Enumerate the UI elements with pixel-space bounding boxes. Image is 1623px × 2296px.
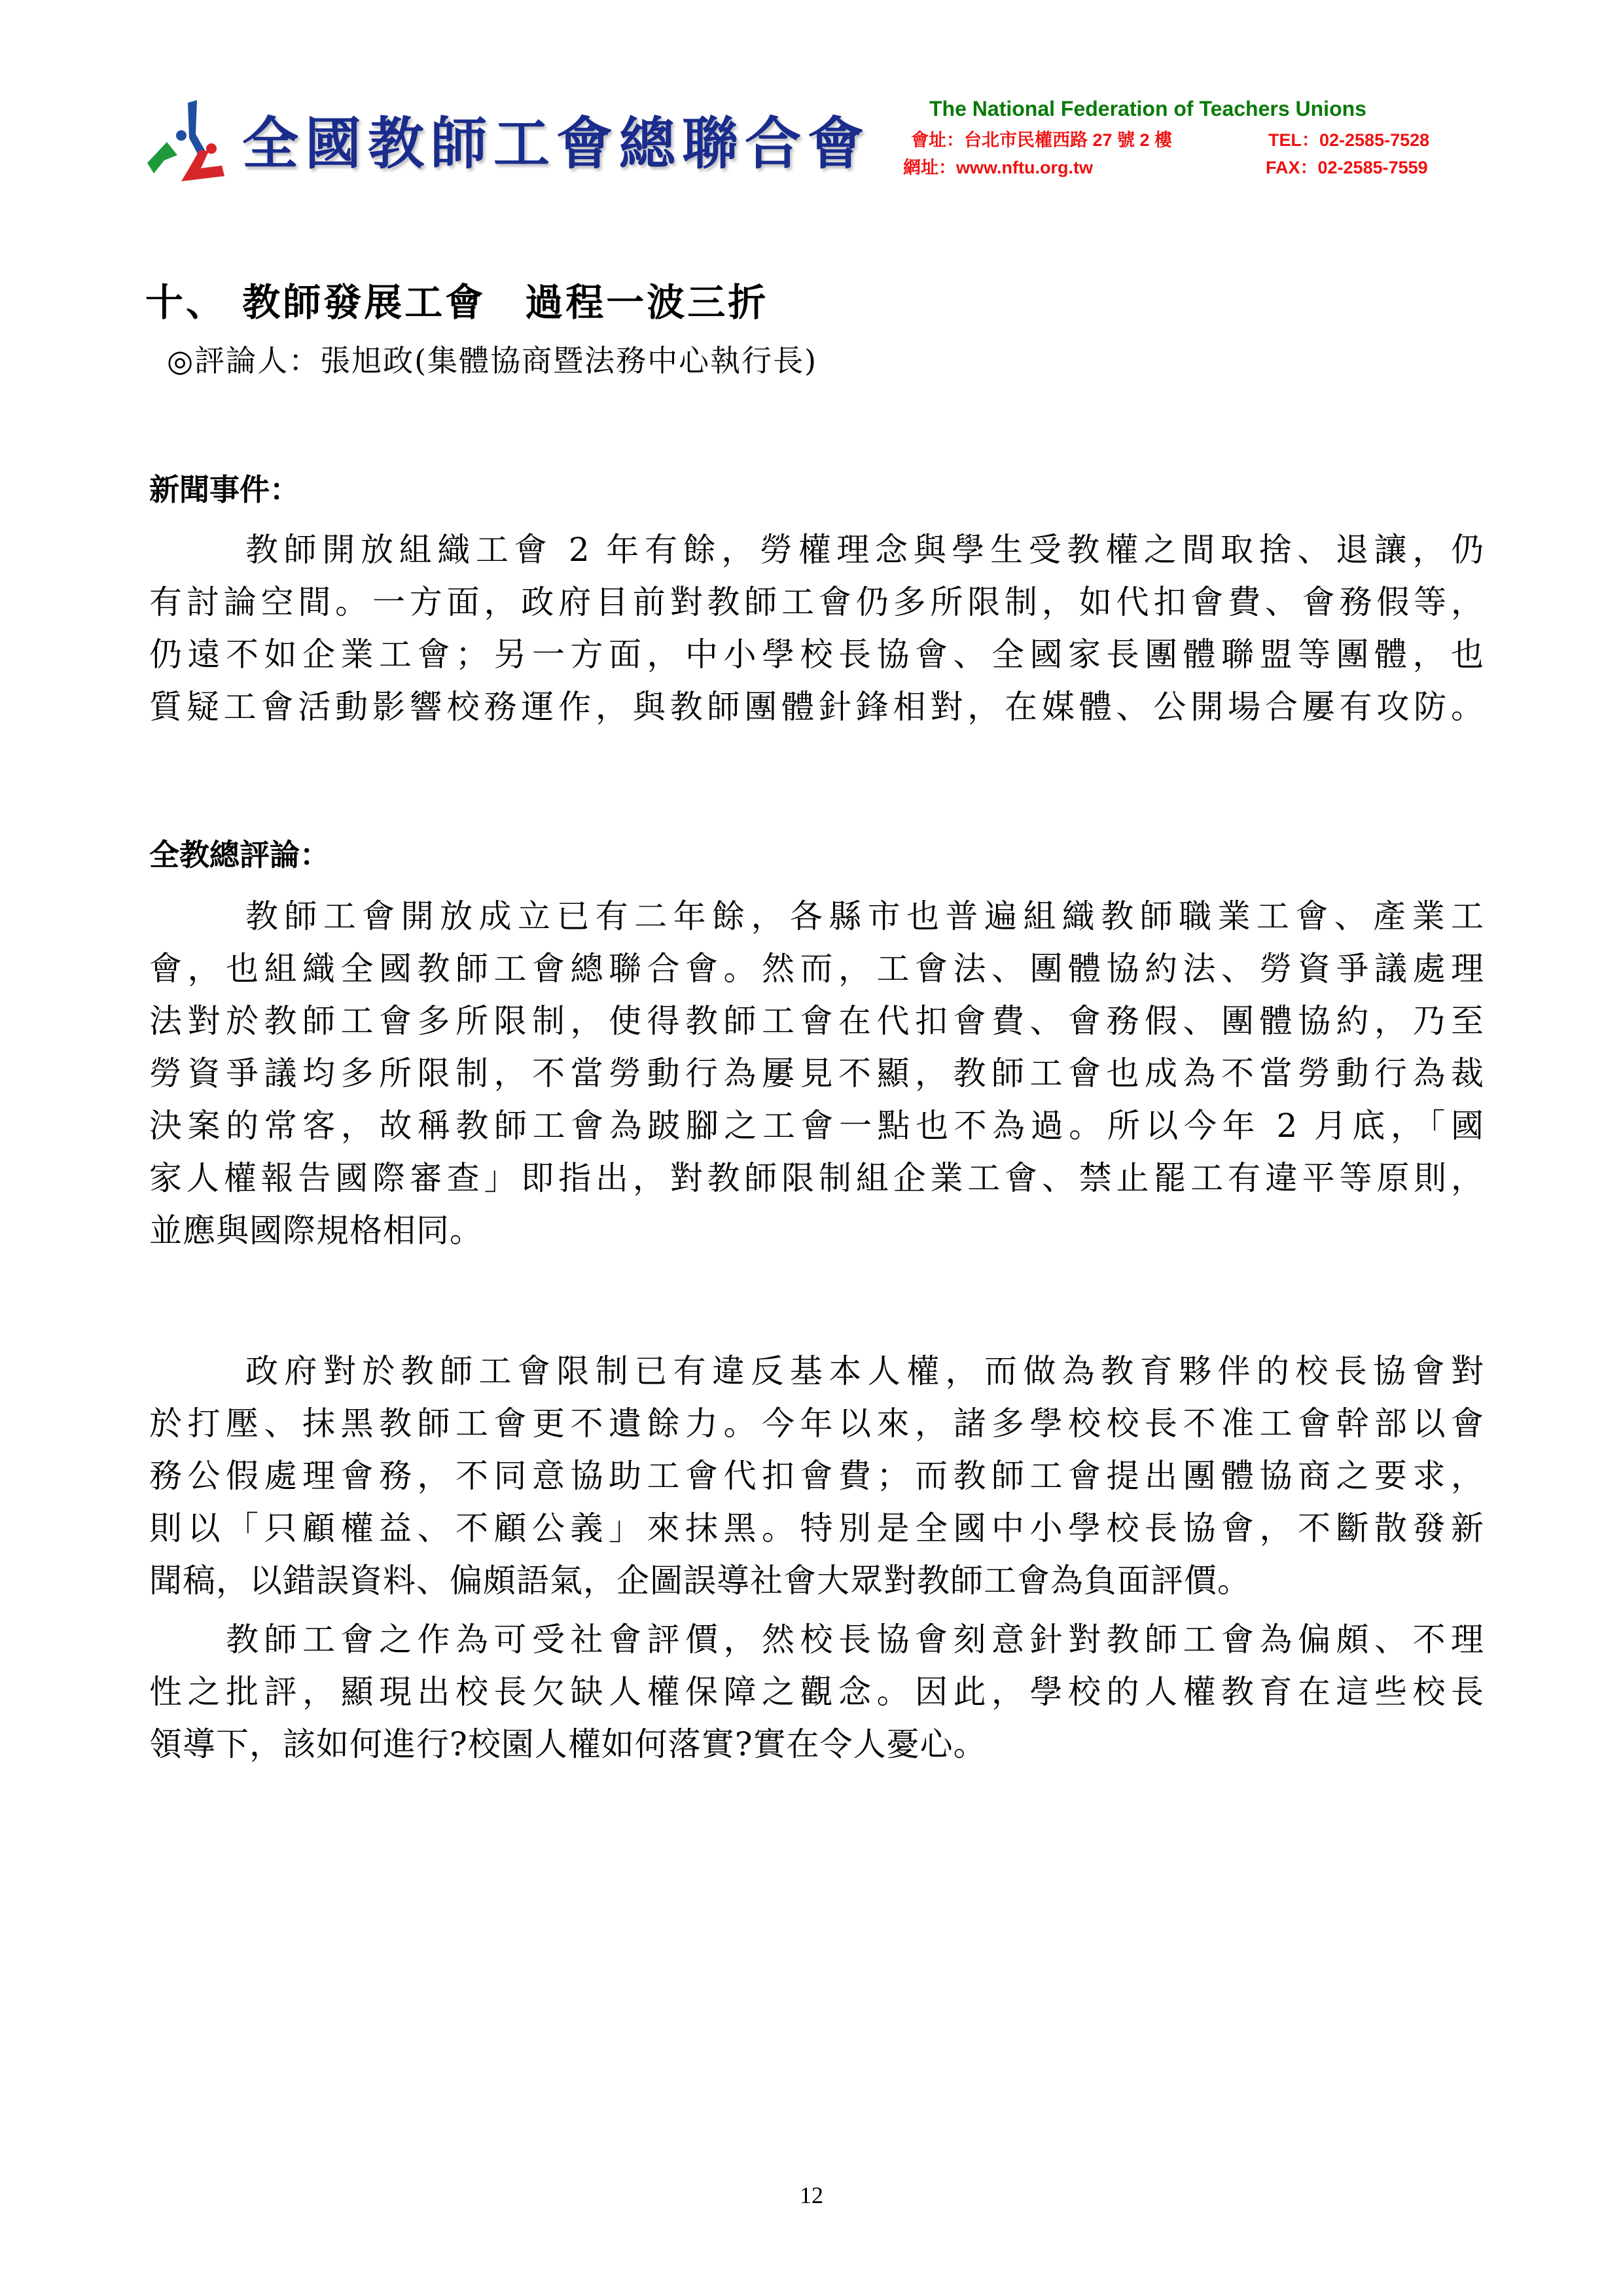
comment-line: 聞稿，以錯誤資料、偏頗語氣，企圖誤導社會大眾對教師工會為負面評價。 xyxy=(149,1561,1484,1600)
org-name-english: The National Federation of Teachers Unio… xyxy=(929,97,1366,121)
comment-line: 政府對於教師工會限制已有違反基本人權，而做為教育夥伴的校長協會對 xyxy=(245,1352,1484,1391)
comment-line: 於打壓、抹黑教師工會更不遺餘力。今年以來，諸多學校校長不准工會幹部以會 xyxy=(149,1404,1484,1443)
comment-line: 會，也組織全國教師工會總聯合會。然而，工會法、團體協約法、勞資爭議處理 xyxy=(149,949,1484,988)
comment-line: 教師工會開放成立已有二年餘，各縣市也普遍組織教師職業工會、產業工 xyxy=(245,897,1484,936)
comment-line: 法對於教師工會多所限制，使得教師工會在代扣會費、會務假、團體協約，乃至 xyxy=(149,1001,1484,1041)
comment-line: 教師工會之作為可受社會評價，然校長協會刻意針對教師工會為偏頗、不理 xyxy=(226,1620,1484,1659)
org-name-chinese: 全國教師工會總聯合會 xyxy=(242,98,870,179)
news-line: 有討論空間。一方面，政府目前對教師工會仍多所限制，如代扣會費、會務假等， xyxy=(149,583,1484,622)
news-line: 仍遠不如企業工會；另一方面，中小學校長協會、全國家長團體聯盟等團體，也 xyxy=(149,635,1484,674)
comment-line: 性之批評，顯現出校長欠缺人權保障之觀念。因此，學校的人權教育在這些校長 xyxy=(149,1672,1484,1712)
comment-line: 並應與國際規格相同。 xyxy=(149,1211,1484,1250)
news-line: 教師開放組織工會 2 年有餘，勞權理念與學生受教權之間取捨、退讓，仍 xyxy=(245,530,1484,569)
comment-line: 務公假處理會務，不同意協助工會代扣會費；而教師工會提出團體協商之要求， xyxy=(149,1456,1484,1496)
comment-line: 則以「只顧權益、不顧公義」來抹黑。特別是全國中小學校長協會，不斷散發新 xyxy=(149,1509,1484,1548)
comment-line: 勞資爭議均多所限制，不當勞動行為屢見不顯，教師工會也成為不當勞動行為裁 xyxy=(149,1054,1484,1093)
three-figures-logo-icon xyxy=(141,95,232,187)
title-part-2: 過程一波三折 xyxy=(525,280,768,325)
title-part-1: 十、 教師發展工會 xyxy=(145,280,486,325)
news-line: 質疑工會活動影響校務運作，與教師團體針鋒相對，在媒體、公開場合屢有攻防。 xyxy=(149,687,1484,726)
address: 會址：台北市民權西路 27 號 2 樓 xyxy=(911,126,1172,151)
website: 網址：www.nftu.org.tw xyxy=(903,153,1093,179)
comment-heading: 全教總評論： xyxy=(149,831,330,874)
article-title: 十、 教師發展工會過程一波三折 xyxy=(145,272,768,327)
telephone: TEL：02-2585-7528 xyxy=(1268,126,1429,151)
comment-line: 家人權報告國際審查」即指出，對教師限制組企業工會、禁止罷工有違平等原則， xyxy=(149,1158,1484,1198)
commenter-line: ◎評論人：張旭政(集體協商暨法務中心執行長) xyxy=(167,337,817,380)
page-number: 12 xyxy=(800,2181,823,2209)
comment-line: 領導下，該如何進行?校園人權如何落實?實在令人憂心。 xyxy=(149,1725,1484,1764)
fax: FAX：02-2585-7559 xyxy=(1266,153,1428,179)
comment-line: 決案的常客，故稱教師工會為跛腳之工會一點也不為過。所以今年 2 月底，「國 xyxy=(149,1106,1484,1145)
news-heading: 新聞事件： xyxy=(149,466,300,509)
letterhead: 全國教師工會總聯合會 The National Federation of Te… xyxy=(0,0,1623,196)
